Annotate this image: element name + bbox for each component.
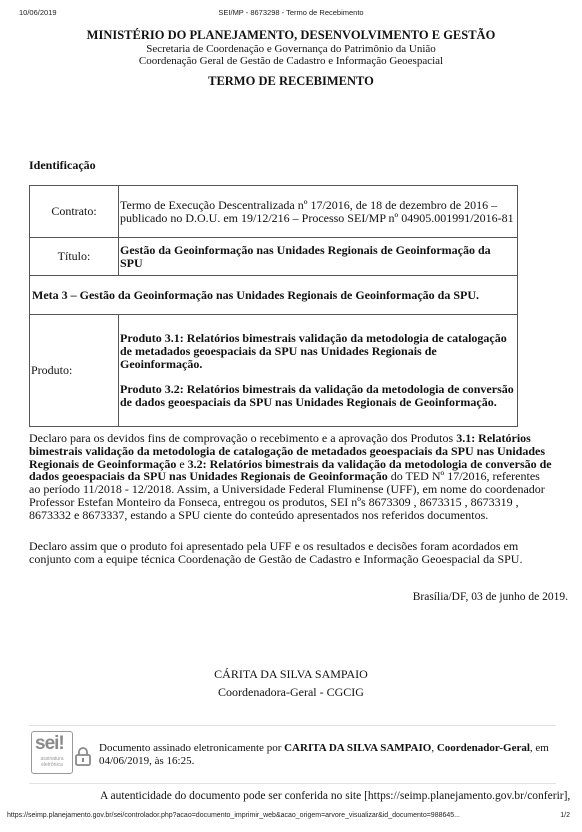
secretaria-name: Secretaria de Coordenação e Governança d… bbox=[0, 43, 582, 55]
sei-logo-text: sei! bbox=[35, 733, 64, 755]
authenticity-text: A autenticidade do documento pode ser co… bbox=[100, 790, 570, 802]
place-date: Brasília/DF, 03 de junho de 2019. bbox=[413, 591, 568, 603]
sei-logo: sei! assinatura eletrônica bbox=[31, 731, 73, 774]
page-number: 1/2 bbox=[560, 812, 570, 819]
agreement-paragraph: Declaro assim que o produto foi apresent… bbox=[29, 540, 554, 566]
signatory-name: CÁRITA DA SILVA SAMPAIO bbox=[0, 667, 582, 682]
sign-text-part: Documento assinado eletronicamente por bbox=[99, 742, 284, 754]
print-title: SEI/MP - 8673298 - Termo de Recebimento bbox=[0, 8, 582, 17]
table-row-titulo: Título: Gestão da Geoinformação nas Unid… bbox=[30, 238, 518, 276]
document-title: TERMO DE RECEBIMENTO bbox=[0, 74, 582, 89]
produto-3-1: Produto 3.1: Relatórios bimestrais valid… bbox=[120, 332, 516, 371]
contrato-label: Contrato: bbox=[30, 186, 119, 238]
divider bbox=[29, 725, 556, 726]
section-heading: Identificação bbox=[29, 158, 96, 173]
signer-role: Coordenador-Geral bbox=[437, 742, 530, 754]
divider bbox=[29, 783, 556, 784]
print-url: https://seimp.planejamento.gov.br/sei/co… bbox=[7, 812, 460, 819]
lock-icon bbox=[74, 746, 92, 766]
produto-label: Produto: bbox=[30, 315, 119, 427]
ministry-name: MINISTÉRIO DO PLANEJAMENTO, DESENVOLVIME… bbox=[0, 28, 582, 43]
sei-logo-subtext: assinatura eletrônica bbox=[34, 756, 70, 768]
electronic-signature-text: Documento assinado eletronicamente por C… bbox=[99, 742, 559, 768]
titulo-value: Gestão da Geoinformação nas Unidades Reg… bbox=[119, 238, 518, 276]
declaration-paragraph: Declaro para os devidos fins de comprova… bbox=[29, 432, 554, 522]
titulo-label: Título: bbox=[30, 238, 119, 276]
signatory-role: Coordenadora-Geral - CGCIG bbox=[0, 685, 582, 700]
table-row-contrato: Contrato: Termo de Execução Descentraliz… bbox=[30, 186, 518, 238]
table-row-meta: Meta 3 – Gestão da Geoinformação nas Uni… bbox=[30, 276, 518, 315]
produto-3-2: Produto 3.2: Relatórios bimestrais da va… bbox=[120, 383, 516, 409]
signer-name: CARITA DA SILVA SAMPAIO bbox=[284, 742, 431, 754]
coordenacao-name: Coordenação Geral de Gestão de Cadastro … bbox=[0, 55, 582, 67]
table-row-produto: Produto: Produto 3.1: Relatórios bimestr… bbox=[30, 315, 518, 427]
meta-value: Meta 3 – Gestão da Geoinformação nas Uni… bbox=[30, 276, 518, 315]
identification-table: Contrato: Termo de Execução Descentraliz… bbox=[29, 185, 518, 427]
contrato-value: Termo de Execução Descentralizada nº 17/… bbox=[119, 186, 518, 238]
produto-values: Produto 3.1: Relatórios bimestrais valid… bbox=[119, 315, 518, 427]
